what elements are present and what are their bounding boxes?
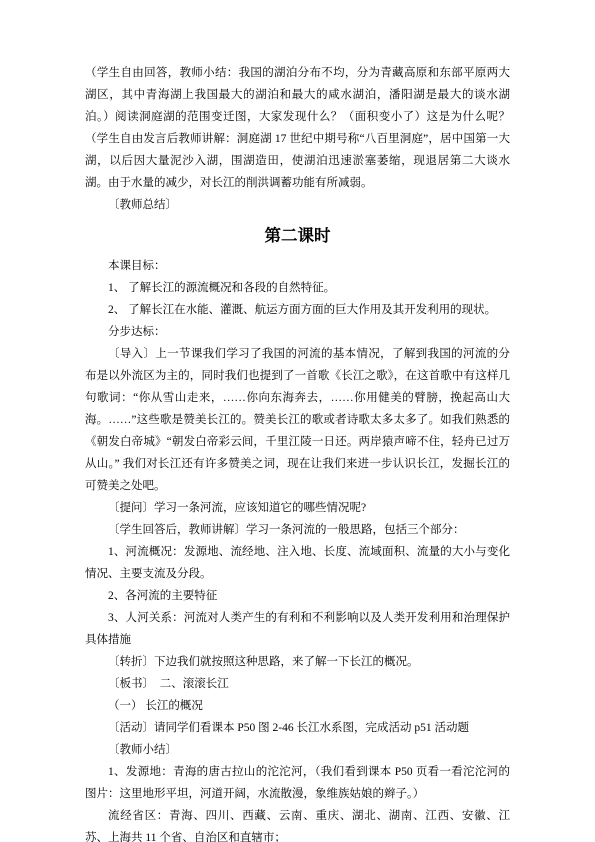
paragraph: 〔教师小结〕 (85, 739, 510, 761)
paragraph: 〔学生回答后，教师讲解〕学习一条河流的一般思路，包括三个部分： (85, 519, 510, 541)
paragraph: 1、发源地：青海的唐古拉山的沱沱河，（我们看到课本 P50 页看一看沱沱河的图片… (85, 761, 510, 805)
section-before-title: （学生自由回答，教师小结：我国的湖泊分布不均，分为青藏高原和东部平原两大湖区，其… (85, 62, 510, 216)
paragraph: 1、 了解长江的源流概况和各段的自然特征。 (85, 277, 510, 299)
paragraph: 〔提问〕学习一条河流，应该知道它的哪些情况呢? (85, 497, 510, 519)
document-content: （学生自由回答，教师小结：我国的湖泊分布不均，分为青藏高原和东部平原两大湖区，其… (85, 62, 510, 842)
section-after-title: 本课目标：1、 了解长江的源流概况和各段的自然特征。2、 了解长江在水能、灌溉、… (85, 255, 510, 842)
paragraph: 本课目标： (85, 255, 510, 277)
paragraph: 〔导入〕上一节课我们学习了我国的河流的基本情况，了解到我国的河流的分布是以外流区… (85, 343, 510, 497)
page-title: 第二课时 (85, 223, 510, 249)
paragraph: 分步达标： (85, 321, 510, 343)
paragraph: （学生自由回答，教师小结：我国的湖泊分布不均，分为青藏高原和东部平原两大湖区，其… (85, 62, 510, 194)
paragraph: 2、各河流的主要特征 (85, 585, 510, 607)
paragraph: 流经省区：青海、四川、西藏、云南、重庆、湖北、湖南、江西、安徽、江苏、上海共 1… (85, 805, 510, 842)
paragraph: 〔教师总结〕 (85, 194, 510, 216)
paragraph: 〔转折〕下边我们就按照这种思路，来了解一下长江的概况。 (85, 651, 510, 673)
paragraph: 1、河流概况：发源地、流经地、注入地、长度、流域面积、流量的大小与变化情况、主要… (85, 541, 510, 585)
paragraph: 3、人河关系：河流对人类产生的有利和不利影响以及人类开发利用和治理保护具体措施 (85, 607, 510, 651)
paragraph: 〔板书〕 二、滚滚长江 (85, 673, 510, 695)
document-page: （学生自由回答，教师小结：我国的湖泊分布不均，分为青藏高原和东部平原两大湖区，其… (0, 0, 595, 842)
paragraph: 2、 了解长江在水能、灌溉、航运方面方面的巨大作用及其开发利用的现状。 (85, 299, 510, 321)
paragraph: （一） 长江的概况 (85, 695, 510, 717)
paragraph: 〔活动〕请同学们看课本 P50 图 2-46 长江水系图，完成活动 p51 活动… (85, 717, 510, 739)
